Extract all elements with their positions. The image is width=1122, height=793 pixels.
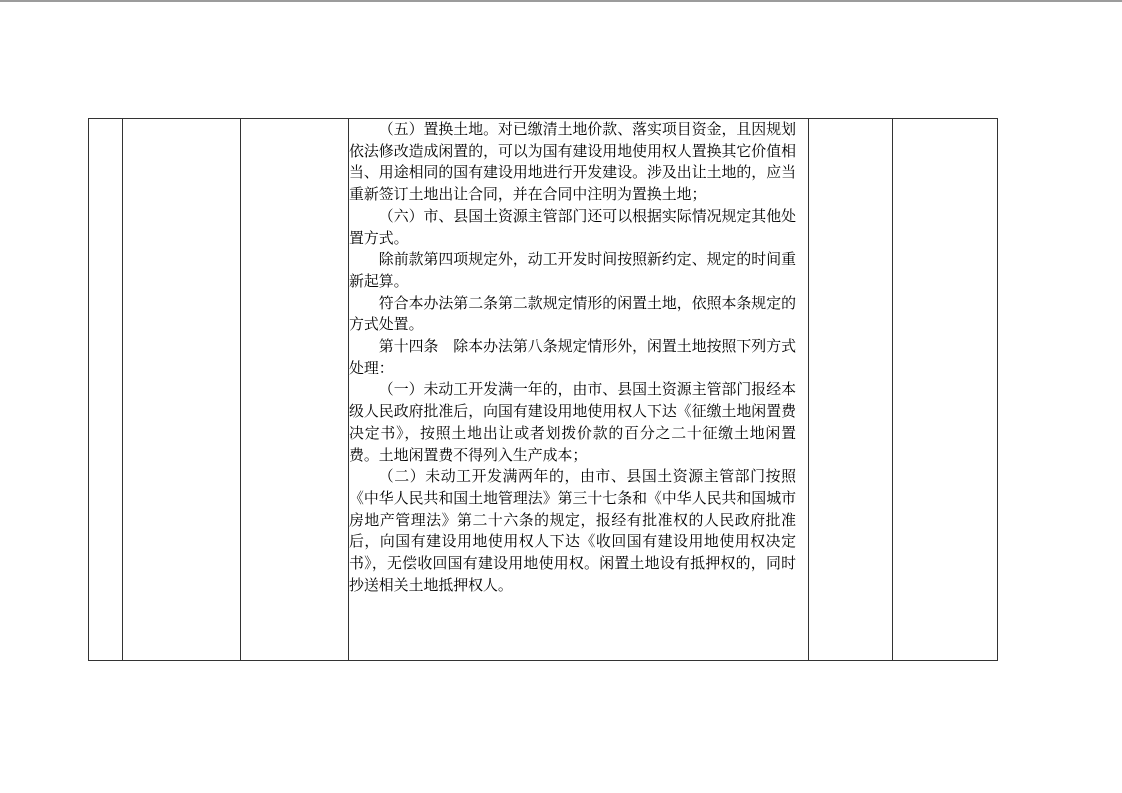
- document-page: （五）置换土地。对已缴清土地价款、落实项目资金，且因规划依法修改造成闲置的，可以…: [0, 0, 1122, 793]
- paragraph-article-14-item-2: （二）未动工开发满两年的，由市、县国土资源主管部门按照《中华人民共和国土地管理法…: [349, 466, 796, 596]
- window-top-edge: [0, 0, 1122, 2]
- regulation-table: （五）置换土地。对已缴清土地价款、落实项目资金，且因规划依法修改造成闲置的，可以…: [88, 118, 998, 661]
- paragraph-article-14-item-1: （一）未动工开发满一年的，由市、县国土资源主管部门报经本级人民政府批准后，向国有…: [349, 379, 796, 466]
- table-cell-6: [893, 119, 998, 661]
- table-cell-5: [809, 119, 893, 661]
- table-cell-2: [123, 119, 241, 661]
- paragraph-clause-restart: 除前款第四项规定外，动工开发时间按照新约定、规定的时间重新起算。: [349, 249, 796, 292]
- table-cell-content: （五）置换土地。对已缴清土地价款、落实项目资金，且因规划依法修改造成闲置的，可以…: [349, 119, 809, 661]
- paragraph-clause-scope: 符合本办法第二条第二款规定情形的闲置土地，依照本条规定的方式处置。: [349, 293, 796, 336]
- table-cell-1: [89, 119, 123, 661]
- paragraph-item-6: （六）市、县国土资源主管部门还可以根据实际情况规定其他处置方式。: [349, 206, 796, 249]
- paragraph-item-5: （五）置换土地。对已缴清土地价款、落实项目资金，且因规划依法修改造成闲置的，可以…: [349, 119, 796, 206]
- paragraph-article-14: 第十四条 除本办法第八条规定情形外，闲置土地按照下列方式处理：: [349, 336, 796, 379]
- table-cell-3: [241, 119, 349, 661]
- table-row: （五）置换土地。对已缴清土地价款、落实项目资金，且因规划依法修改造成闲置的，可以…: [89, 119, 998, 661]
